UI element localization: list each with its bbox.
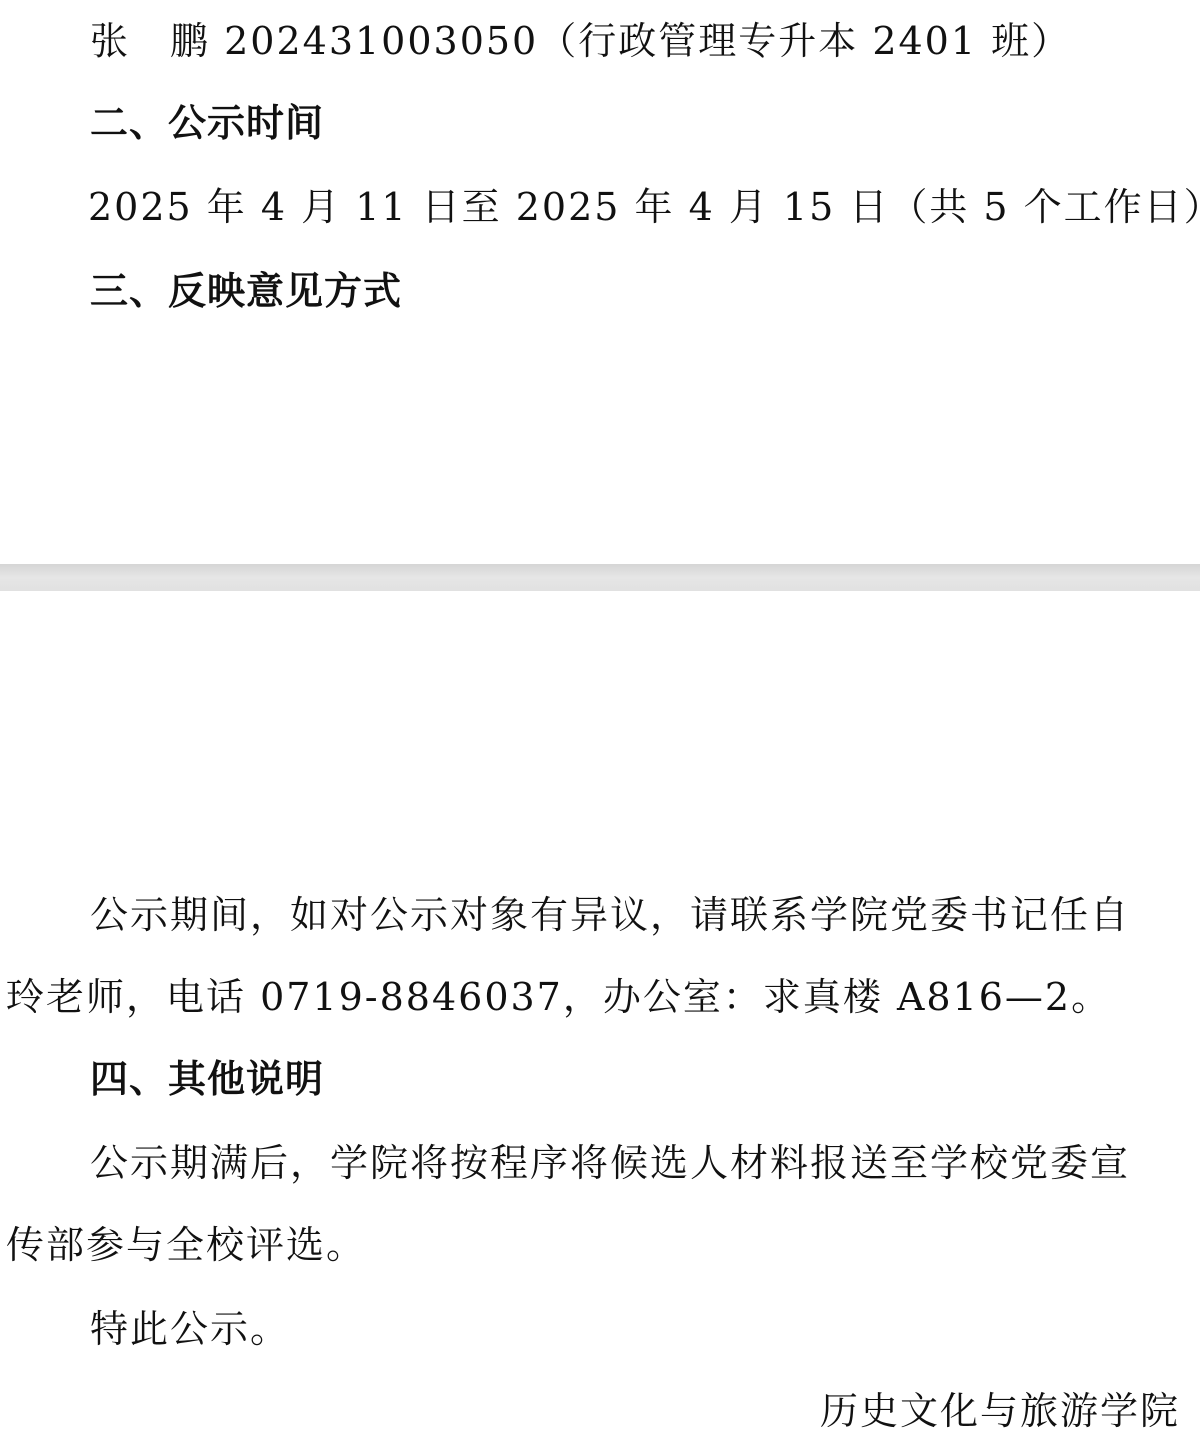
section-heading-other-notes: 四、其他说明 <box>90 1056 324 1102</box>
publicity-period-text: 2025 年 4 月 11 日至 2025 年 4 月 15 日（共 5 个工作… <box>88 184 1200 230</box>
contact-paragraph-line-1: 公示期间，如对公示对象有异议，请联系学院党委书记任自 <box>90 892 1130 938</box>
signature-institution: 历史文化与旅游学院 <box>820 1388 1180 1434</box>
contact-paragraph-line-2: 玲老师，电话 0719-8846037，办公室：求真楼 A816—2。 <box>6 974 1111 1020</box>
closing-statement: 特此公示。 <box>90 1306 290 1352</box>
student-name: 张 鹏 <box>90 19 210 63</box>
other-notes-line-2: 传部参与全校评选。 <box>6 1222 366 1268</box>
student-id: 202431003050 <box>224 19 538 63</box>
student-entry: 张 鹏 202431003050（行政管理专升本 2401 班） <box>90 18 1071 64</box>
section-heading-publicity-period: 二、公示时间 <box>90 100 324 146</box>
page-separator <box>0 564 1200 591</box>
section-heading-feedback-method: 三、反映意见方式 <box>90 268 402 314</box>
student-class: （行政管理专升本 2401 班） <box>538 19 1071 63</box>
other-notes-line-1: 公示期满后，学院将按程序将候选人材料报送至学校党委宣 <box>90 1140 1130 1186</box>
